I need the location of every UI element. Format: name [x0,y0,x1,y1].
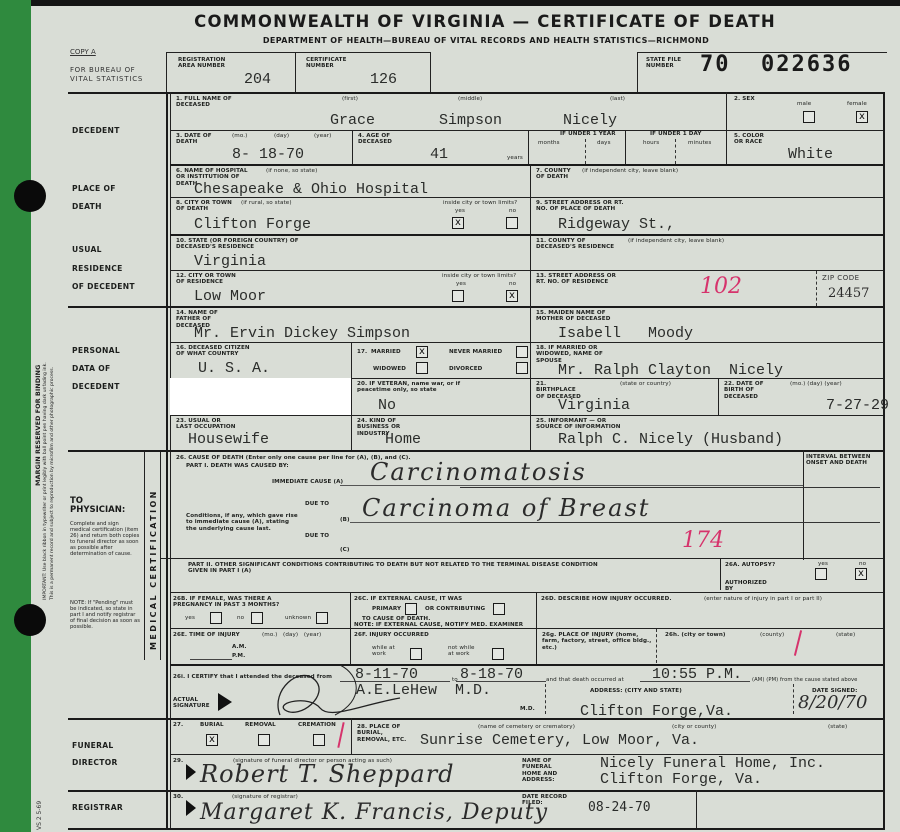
punch-hole-icon [14,604,46,636]
birthplace: Virginia [558,397,630,414]
marital-item-number: 17. [357,349,367,355]
city-of-death-hint: (if rural, so state) [241,200,292,206]
pregnancy-unknown-checkbox[interactable] [316,612,328,624]
inside-limits-label: inside city or town limits? [443,200,517,206]
injury-county-hint: (county) [760,632,784,638]
sign-here-arrow-icon [186,764,196,780]
residence-county-hint: (if independent city, leave blank) [628,238,724,244]
inside-yes-hint: yes [455,208,465,214]
while-at-work-label: while at work [372,645,400,658]
minutes-hint: minutes [688,140,711,146]
physician-instructions: Complete and sign medical certification … [70,521,140,557]
form-code: VS 2 5-69 [36,801,43,830]
autopsy-label: 26a. AUTOPSY? [725,562,775,568]
funeral-home-name: Nicely Funeral Home, Inc. [600,755,825,772]
informant: Ralph C. Nicely (Husband) [558,431,783,448]
registration-area-label: REGISTRATION AREA NUMBER [178,57,238,70]
residence-city-label: 12. CITY OR TOWN OF RESIDENCE [176,273,236,286]
scan-top-edge [0,0,900,6]
pregnancy-label: 26b. IF FEMALE, WAS THERE A PREGNANCY IN… [173,596,283,609]
section-to-physician: TO PHYSICIAN: [70,497,140,515]
section-decedent-personal: DECEDENT [72,382,120,391]
informant-label: 25. INFORMANT — OR SOURCE OF INFORMATION [536,418,626,431]
binding-title: MARGIN RESERVED FOR BINDING [34,365,42,486]
injury-city-label: 26h. (city or town) [665,632,726,638]
certificate-number-label: CERTIFICATE NUMBER [306,57,356,70]
burial-state-hint: (state) [828,724,847,730]
street-of-death-label: 9. STREET ADDRESS OR RT. NO. OF PLACE OF… [536,200,636,213]
age: 41 [430,146,448,163]
sex-male-checkbox[interactable] [803,111,815,123]
state-file-number: 70 022636 [700,52,852,77]
autopsy-no-checkbox[interactable]: x [855,568,867,580]
immediate-cause: Carcinomatosis [370,458,587,486]
certificate-number: 126 [370,71,397,88]
death-inside-limits-yes[interactable]: x [452,217,464,229]
pregnancy-no-checkbox[interactable] [251,612,263,624]
dob-hint: (mo.) (day) (year) [790,381,842,387]
county-of-death-hint: (if independent city, leave blank) [582,168,678,174]
section-of-decedent: OF DECEDENT [72,282,135,291]
cause-b: Carcinoma of Breast [362,494,650,522]
injury-state-hint: (state) [836,632,855,638]
section-usual: USUAL [72,245,102,254]
director-sig-item-number: 29. [173,758,183,764]
pregnancy-yes-checkbox[interactable] [210,612,222,624]
for-bureau-label: FOR BUREAU OF [70,66,135,74]
section-registrar: REGISTRAR [72,803,123,812]
authorized-by-label: AUTHORIZED BY [725,580,765,593]
hours-hint: hours [643,140,659,146]
death-certificate-page: MARGIN RESERVED FOR BINDING IMPORTANT: U… [0,0,900,832]
death-time-label: and that death occurred at [546,677,624,683]
spouse-name: Mr. Ralph Clayton Nicely [558,362,783,379]
inside-no-hint: no [509,208,516,214]
occupation: Housewife [188,431,269,448]
redacted-field [170,378,351,415]
residence-street-label: 13. STREET ADDRESS OR RT. NO. OF RESIDEN… [536,273,626,286]
res-inside-no-hint: no [509,281,516,287]
actual-signature-label: ACTUAL SIGNATURE [173,697,213,710]
date-filed-label: DATE RECORD FILED: [522,794,572,807]
section-medical-certification: MEDICAL CERTIFICATION [149,489,158,650]
section-death: DEATH [72,202,102,211]
funeral-home-label: NAME OF FUNERAL HOME AND ADDRESS: [522,758,572,784]
residence-street-annotation: 102 [700,274,742,299]
time-of-injury-label: 26e. TIME OF INJURY [173,632,240,638]
dod-day-hint: (day) [274,133,289,139]
punch-hole-icon [14,180,46,212]
cause-c-annotation: 174 [682,528,724,553]
dod-mo-hint: (mo.) [232,133,247,139]
disposition-item-number: 27. [173,722,183,728]
section-residence: RESIDENCE [72,264,123,273]
date-filed: 08-24-70 [588,800,651,815]
binding-strip [0,0,31,832]
married-checkbox[interactable]: x [416,346,428,358]
copy-label: COPY A [70,48,96,56]
binding-note: This is a permanent record and subject t… [50,367,55,600]
interval-label: INTERVAL BETWEEN ONSET AND DEATH [806,454,882,467]
zip-code: 24457 [828,286,869,301]
section-personal: PERSONAL [72,346,120,355]
hospital-hint: (if none, so state) [266,168,317,174]
sex-label: 2. SEX [734,96,755,102]
business: Home [385,431,421,448]
race: White [788,146,833,163]
middle-name: Simpson [439,112,502,129]
address-label: ADDRESS: (CITY AND STATE) [590,688,682,694]
married-label: MARRIED [371,349,401,355]
sex-female-checkbox[interactable]: x [856,111,868,123]
hospital-name: Chesapeake & Ohio Hospital [194,181,428,198]
birthplace-hint: (state or country) [620,381,671,387]
conditions-note: Conditions, if any, which gave rise to i… [186,513,298,532]
section-funeral: FUNERAL [72,741,114,750]
removal-label: REMOVAL [245,722,276,728]
divorced-label: DIVORCED [449,366,482,372]
autopsy-no-hint: no [859,561,866,567]
pm-label: P.M. [232,653,245,659]
registration-area-number: 204 [244,71,271,88]
city-of-death: Clifton Forge [194,216,311,233]
burial-checkbox[interactable]: x [206,734,218,746]
residence-county-label: 11. COUNTY OF DECEASED'S RESIDENCE [536,238,626,251]
death-time-suffix: (AM) (PM) from the cause stated above [752,677,857,683]
section-decedent: DECEDENT [72,126,120,135]
citizen-label: 16. DECEASED CITIZEN OF WHAT COUNTRY [176,345,256,358]
female-label: female [847,101,867,107]
burial-city-hint: (city or county) [672,724,716,730]
pregnancy-yes-hint: yes [185,615,195,621]
father-name: Mr. Ervin Dickey Simpson [194,325,410,342]
mother-label: 15. MAIDEN NAME OF MOTHER OF DECEASED [536,310,616,323]
certificate-title: COMMONWEALTH OF VIRGINIA — CERTIFICATE O… [0,12,900,31]
sign-here-arrow-icon [186,800,196,816]
pending-note: NOTE: If "Pending" must be indicated, so… [70,600,140,630]
date-of-birth: 7-27-29 [826,397,889,414]
cremation-checkbox[interactable] [313,734,325,746]
place-of-injury-label: 26g. PLACE OF INJURY (home, farm, factor… [542,632,652,651]
date-of-death: 8- 18-70 [232,146,304,163]
contributing-label: or CONTRIBUTING [425,606,485,612]
external-contributing-checkbox[interactable] [493,603,505,615]
section-data-of: DATA OF [72,364,110,373]
describe-injury-hint: (enter nature of injury in part I or par… [704,596,822,602]
state-file-label: STATE FILE NUMBER [646,57,686,70]
not-while-at-work-checkbox[interactable] [492,648,504,660]
external-primary-checkbox[interactable] [405,603,417,615]
citizenship: U. S. A. [198,360,270,377]
vital-statistics-label: VITAL STATISTICS [70,75,143,83]
part2-label: PART II. OTHER SIGNIFICANT CONDITIONS CO… [188,562,608,575]
never-married-label: NEVER MARRIED [449,349,502,355]
divorced-checkbox[interactable] [516,362,528,374]
cremation-label: CREMATION [298,722,336,728]
dob-label: 22. DATE OF BIRTH OF DECEASED [724,381,784,400]
race-label: 5. COLOR OR RACE [734,133,774,146]
registrar-item-number: 30. [173,794,183,800]
md-label: M.D. [520,706,535,712]
county-of-death-label: 7. COUNTY OF DEATH [536,168,576,181]
full-name-label: 1. FULL NAME OF DECEASED [176,96,246,109]
residence-city: Low Moor [194,288,266,305]
burial-place: Sunrise Cemetery, Low Moor, Va. [420,732,699,749]
veteran-status: No [378,397,396,414]
burial-label: BURIAL [200,722,224,728]
external-cause-label: 26c. IF EXTERNAL CAUSE, IT WAS [354,596,462,602]
never-married-checkbox[interactable] [516,346,528,358]
binding-instruction: IMPORTANT: Use black ribbon in typewrite… [43,362,48,600]
occupation-label: 23. USUAL OR LAST OCCUPATION [176,418,236,431]
death-inside-limits-no[interactable] [506,217,518,229]
pregnancy-no-hint: no [237,615,244,621]
section-place-of: PLACE OF [72,184,116,193]
veteran-label: 20. IF VETERAN, name war, or if peacetim… [357,381,467,394]
date-of-death-label: 3. DATE OF DEATH [176,133,216,146]
burial-place-label: 28. PLACE OF BURIAL, REMOVAL, ETC. [357,724,417,743]
under-day-label: IF UNDER 1 DAY [650,131,702,137]
certificate-subtitle: DEPARTMENT OF HEALTH—BUREAU OF VITAL REC… [0,36,900,45]
while-at-work-checkbox[interactable] [410,648,422,660]
date-signed: 8/20/70 [798,692,867,713]
section-director: DIRECTOR [72,758,118,767]
days-hint: days [597,140,611,146]
cause-b-label: (B) [340,517,350,523]
physician-name: A.E.LeHew M.D. [356,682,491,699]
injury-occurred-label: 26f. INJURY OCCURRED [354,632,429,638]
last-name-hint: (last) [610,96,625,102]
widowed-checkbox[interactable] [416,362,428,374]
funeral-home-address: Clifton Forge, Va. [600,771,762,788]
residence-inside-limits-yes[interactable] [452,290,464,302]
street-of-death: Ridgeway St., [558,216,675,233]
res-inside-limits-label: inside city or town limits? [442,273,516,279]
residence-state: Virginia [194,253,266,270]
due-to-label-b: DUE TO [305,501,329,507]
removal-checkbox[interactable] [258,734,270,746]
red-pen-mark [794,630,802,656]
last-name: Nicely [563,112,617,129]
widowed-label: WIDOWED [373,366,406,372]
dod-year-hint: (year) [314,133,331,139]
funeral-director-signature: Robert T. Sheppard [200,760,455,788]
time-of-injury-hint: (mo.) (day) (year) [262,632,321,638]
res-inside-yes-hint: yes [456,281,466,287]
first-name: Grace [330,112,375,129]
burial-place-hint: (name of cemetery or crematory) [478,724,575,730]
cause-c-label: (C) [340,547,350,553]
describe-injury-label: 26d. DESCRIBE HOW INJURY OCCURRED. [541,596,672,602]
city-of-death-label: 8. CITY OR TOWN OF DEATH [176,200,236,213]
not-while-at-work-label: not while at work [448,645,480,658]
zip-label: ZIP CODE [822,274,860,282]
mother-maiden-name: Isabell Moody [558,325,693,342]
under-year-label: IF UNDER 1 YEAR [560,131,616,137]
registrar-signature: Margaret K. Francis, Deputy [200,800,548,825]
residence-inside-limits-no[interactable]: x [506,290,518,302]
autopsy-yes-checkbox[interactable] [815,568,827,580]
red-pen-mark [337,722,344,748]
primary-label: PRIMARY [372,606,401,612]
residence-state-label: 10. STATE (OR FOREIGN COUNTRY) OF DECEAS… [176,238,316,251]
am-label: A.M. [232,644,247,650]
months-hint: months [538,140,560,146]
years-hint: years [507,155,523,161]
first-name-hint: (first) [342,96,358,102]
middle-name-hint: (middle) [458,96,482,102]
male-label: male [797,101,811,107]
immediate-cause-label: IMMEDIATE CAUSE (A) [272,479,343,485]
due-to-label-c: DUE TO [305,533,329,539]
sign-here-arrow-icon [218,693,232,711]
age-label: 4. AGE OF DECEASED [358,133,408,146]
autopsy-yes-hint: yes [818,561,828,567]
part1-label: PART I. DEATH WAS CAUSED BY: [186,463,289,469]
pregnancy-unknown-hint: unknown [285,615,311,621]
